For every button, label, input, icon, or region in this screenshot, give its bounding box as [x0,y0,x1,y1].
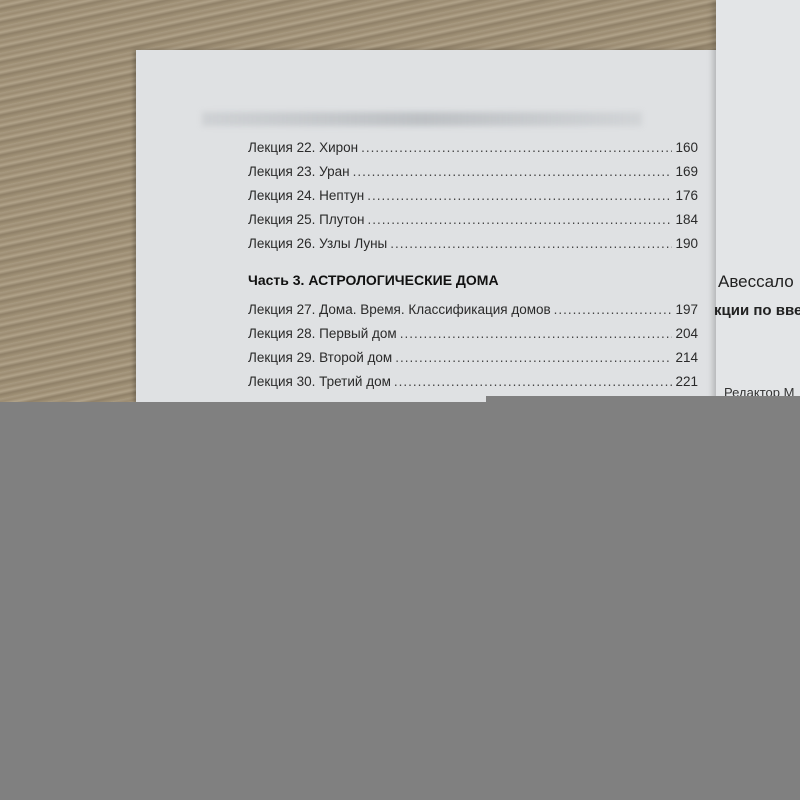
leader-dots [367,188,672,203]
leader-dots [395,350,672,365]
toc-entry-title: Лекция 23. Уран [248,164,350,179]
toc-entry: Лекция 25. Плутон184 [248,212,698,236]
toc-entry-page: 221 [675,374,698,389]
leader-dots [400,326,673,341]
leader-dots [367,212,672,227]
bleed-through-heading [202,112,642,126]
toc-entry-page: 176 [675,188,698,203]
toc-entry-page: 197 [675,302,698,317]
toc-entry-title: Лекция 22. Хирон [248,140,358,155]
toc-entry: Лекция 28. Первый дом204 [248,326,698,350]
toc-entry-title: Лекция 30. Третий дом [248,374,391,389]
toc-entry-page: 160 [675,140,698,155]
toc-entry-page: 169 [675,164,698,179]
right-page-text: Авессало кции по введ [718,272,800,319]
leader-dots [390,236,672,251]
toc-entry-title: Лекция 26. Узлы Луны [248,236,387,251]
leader-dots [353,164,673,179]
toc-entry-title: Лекция 25. Плутон [248,212,364,227]
table-of-contents: Лекция 22. Хирон160 Лекция 23. Уран169 Л… [248,140,698,398]
gray-mask [0,402,800,800]
toc-entry: Лекция 27. Дома. Время. Классификация до… [248,302,698,326]
toc-entry: Лекция 22. Хирон160 [248,140,698,164]
toc-entry-title: Лекция 28. Первый дом [248,326,397,341]
toc-entry-page: 190 [675,236,698,251]
toc-entry: Лекция 29. Второй дом214 [248,350,698,374]
toc-entry-page: 214 [675,350,698,365]
toc-entry-title: Лекция 27. Дома. Время. Классификация до… [248,302,551,317]
toc-entry-title: Лекция 29. Второй дом [248,350,392,365]
toc-entry: Лекция 23. Уран169 [248,164,698,188]
leader-dots [394,374,673,389]
author-fragment: Авессало [718,272,800,292]
title-fragment: кции по введ [714,302,800,319]
book-page-right [716,0,800,410]
toc-entry-title: Лекция 24. Нептун [248,188,364,203]
leader-dots [554,302,673,317]
leader-dots [361,140,672,155]
toc-entry: Лекция 30. Третий дом221 [248,374,698,398]
toc-entry: Лекция 24. Нептун176 [248,188,698,212]
toc-entry: Лекция 26. Узлы Луны190 [248,236,698,260]
toc-entry-page: 204 [675,326,698,341]
part-heading: Часть 3. АСТРОЛОГИЧЕСКИЕ ДОМА [248,272,698,292]
toc-entry-page: 184 [675,212,698,227]
